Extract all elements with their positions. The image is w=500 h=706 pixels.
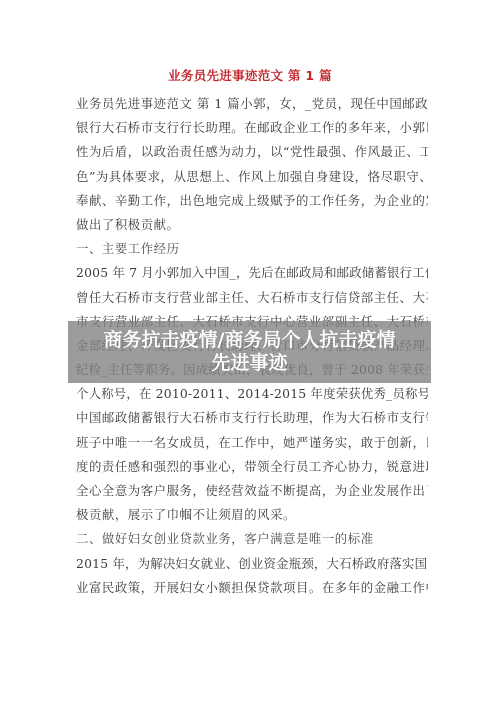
body-line: 个人称号，在 2010-2011、2014-2015 年度荣获优秀_员称号。现任 xyxy=(76,382,428,406)
body-line: 曾任大石桥市支行营业部主任、大石桥市支行信贷部主任、大石桥 xyxy=(76,286,428,310)
overlay-title-line-1: 商务抗击疫情/商务局个人抗击疫情 xyxy=(104,329,396,352)
body-line: 业富民政策，开展妇女小额担保贷款项目。在多年的金融工作中， xyxy=(76,576,428,600)
body-line: 色”为具体要求，从思想上、作风上加强自身建设，恪尽职守、竭诚 xyxy=(76,165,428,189)
document-title: 业务员先进事迹范文 第 1 篇 xyxy=(0,66,500,84)
overlay-title: 商务抗击疫情/商务局个人抗击疫情 先进事迹 xyxy=(68,321,431,383)
body-line: 2005 年 7 月小郭加入中国_，先后在邮政局和邮政储蓄银行工作， xyxy=(76,261,428,285)
body-line: 度的责任感和强烈的事业心，带领全行员工齐心协力，锐意进取， xyxy=(76,455,428,479)
section-heading: 二、做好妇女创业贷款业务，客户满意是唯一的标准 xyxy=(76,527,428,551)
body-line: 性为后盾，以政治责任感为动力，以“党性最强、作风最正、工作出 xyxy=(76,140,428,164)
body-line: 银行大石桥市支行行长助理。在邮政企业工作的多年来，小郭以党 xyxy=(76,116,428,140)
body-line: 做出了积极贡献。 xyxy=(76,213,428,237)
overlay-title-line-2: 先进事迹 xyxy=(211,352,287,375)
body-line: 2015 年，为解决妇女就业、创业资金瓶颈，大石桥政府落实国家创 xyxy=(76,552,428,576)
body-line: 班子中唯一一名女成员，在工作中，她严谨务实，敢于创新，以高 xyxy=(76,431,428,455)
body-line: 中国邮政储蓄银行大石桥市支行行长助理，作为大石桥市支行领导 xyxy=(76,406,428,430)
body-line: 全心全意为客户服务，使经营效益不断提高，为企业发展作出了积 xyxy=(76,479,428,503)
body-line: 业务员先进事迹范文 第 1 篇小郭，女，_党员，现任中国邮政储蓄 xyxy=(76,92,428,116)
body-line: 极贡献，展示了巾帼不让须眉的风采。 xyxy=(76,503,428,527)
body-line: 奉献、辛勤工作，出色地完成上级赋予的工作任务，为企业的发展 xyxy=(76,189,428,213)
section-heading: 一、主要工作经历 xyxy=(76,237,428,261)
